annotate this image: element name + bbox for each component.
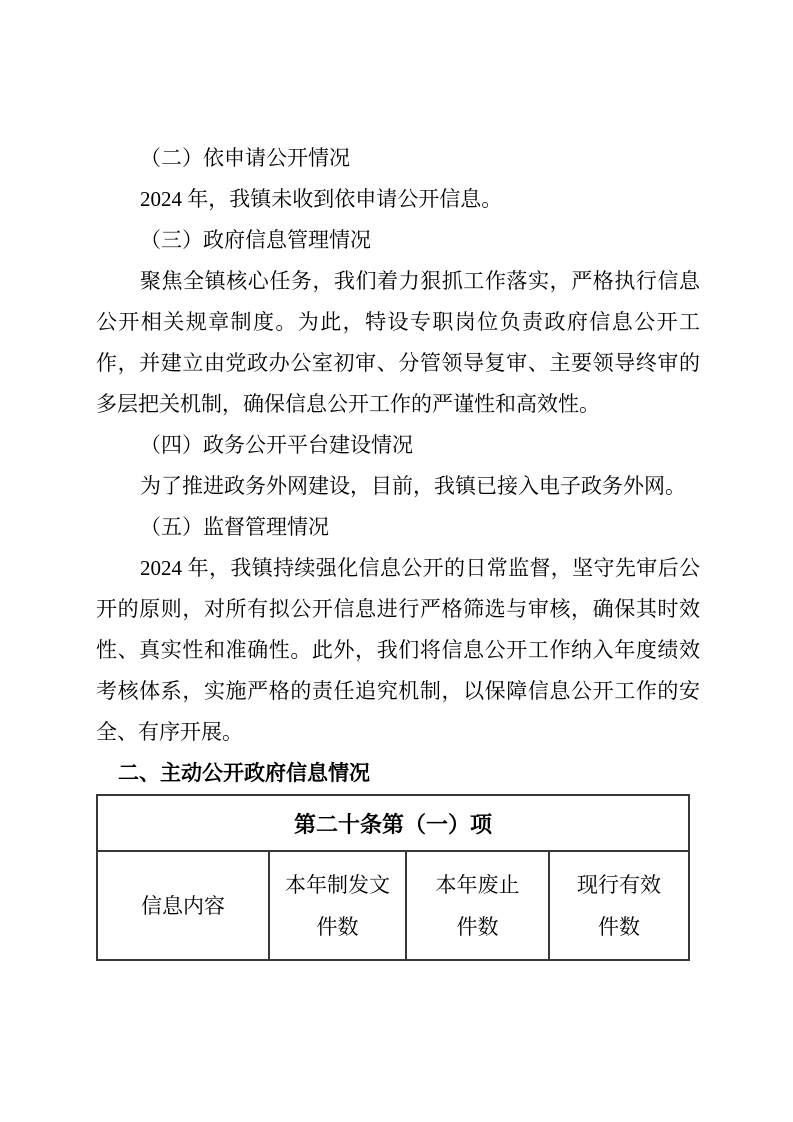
col-header-effective-count: 现行有效 件数 [549, 851, 689, 960]
table-title-row: 第二十条第（一）项 [97, 795, 689, 851]
col-header-line: 件数 [407, 906, 548, 948]
article20-table: 第二十条第（一）项 信息内容 本年制发文 件数 本年废止 件数 现 [96, 794, 690, 961]
col-header-info-content: 信息内容 [97, 851, 269, 960]
col-header-line: 件数 [270, 906, 405, 948]
subsection-heading-3: （三）政府信息管理情况 [96, 220, 700, 261]
report-body-text: （二）依申请公开情况 2024 年，我镇未收到依申请公开信息。 （三）政府信息管… [96, 138, 700, 794]
col-header-repealed-count: 本年废止 件数 [406, 851, 549, 960]
subsection-heading-5: （五）监督管理情况 [96, 507, 700, 548]
col-header-line: 本年制发文 [270, 864, 405, 906]
table-title-cell: 第二十条第（一）项 [97, 795, 689, 851]
col-header-line: 现行有效 [550, 864, 688, 906]
document-page: （二）依申请公开情况 2024 年，我镇未收到依申请公开信息。 （三）政府信息管… [0, 0, 793, 1122]
col-header-issued-count: 本年制发文 件数 [269, 851, 406, 960]
col-header-line: 信息内容 [98, 885, 268, 927]
paragraph-request-disclosure: 2024 年，我镇未收到依申请公开信息。 [96, 179, 700, 220]
table-header-row: 信息内容 本年制发文 件数 本年废止 件数 现行有效 件数 [97, 851, 689, 960]
section-heading-proactive-disclosure: 二、主动公开政府信息情况 [96, 753, 700, 794]
col-header-line: 件数 [550, 906, 688, 948]
subsection-heading-2: （二）依申请公开情况 [96, 138, 700, 179]
paragraph-info-management: 聚焦全镇核心任务，我们着力狠抓工作落实，严格执行信息公开相关规章制度。为此，特设… [96, 261, 700, 425]
subsection-heading-4: （四）政务公开平台建设情况 [96, 425, 700, 466]
col-header-line: 本年废止 [407, 864, 548, 906]
paragraph-supervision: 2024 年，我镇持续强化信息公开的日常监督，坚守先审后公开的原则，对所有拟公开… [96, 548, 700, 753]
paragraph-platform-construction: 为了推进政务外网建设，目前，我镇已接入电子政务外网。 [96, 466, 700, 507]
report-content: （二）依申请公开情况 2024 年，我镇未收到依申请公开信息。 （三）政府信息管… [96, 138, 700, 961]
